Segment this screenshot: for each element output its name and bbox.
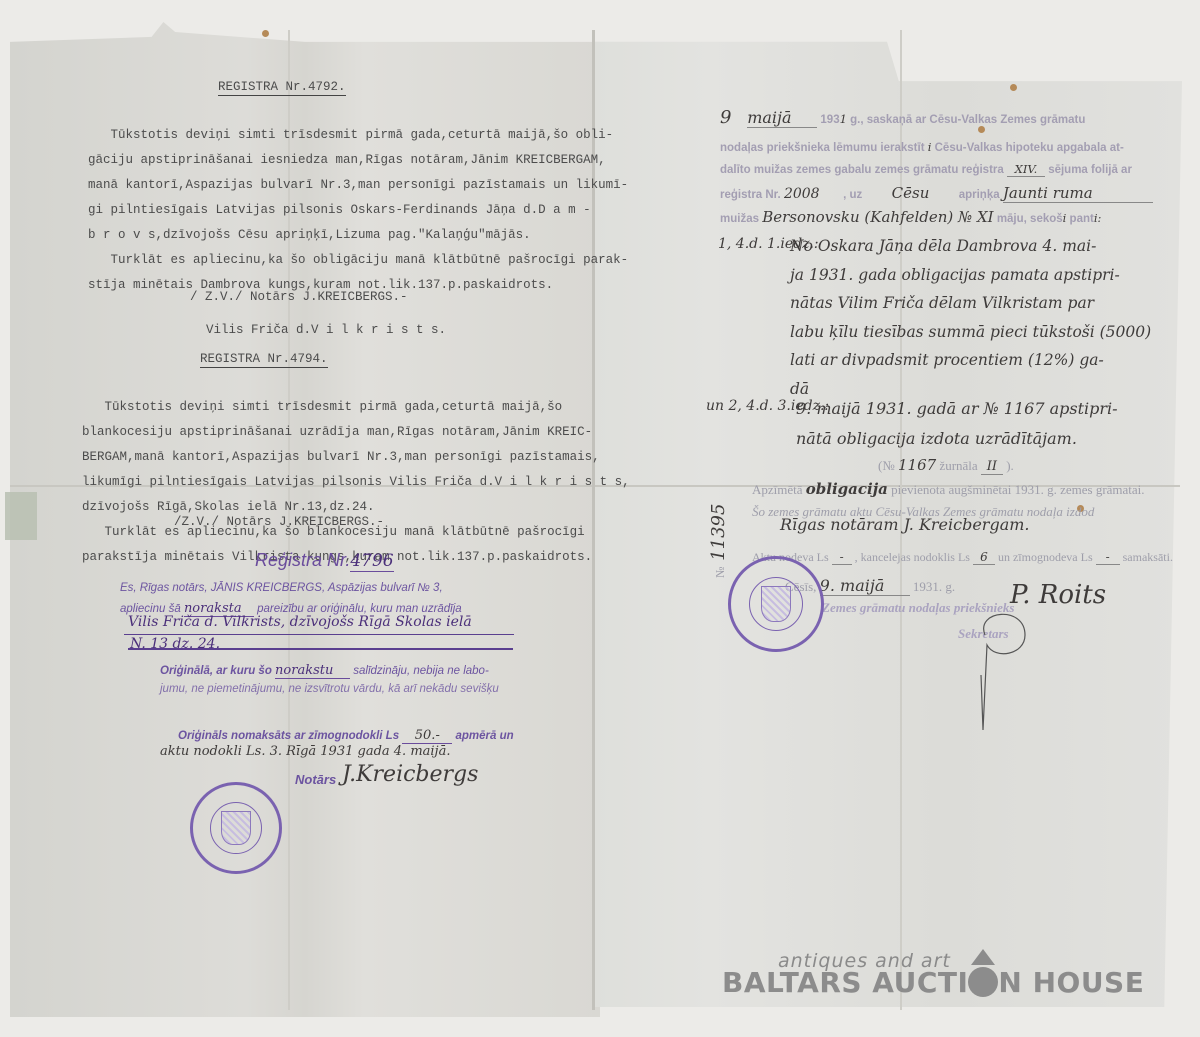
fees-line: Aktu nodeva Ls - , kancelejas nodoklis L… — [752, 550, 1173, 565]
entry-header-line2: nodaļas priekšnieka lēmumu ierakstīt i C… — [720, 140, 1124, 154]
register-4792-heading: REGISTRA Nr.4792. — [218, 80, 346, 96]
register-4796-hand-line3: Vilis Friča d. Vilkrists, dzīvojošs Rīgā… — [128, 614, 472, 630]
signatory-name: Vilis Friča d.V i l k r i s t s. — [206, 318, 446, 343]
stain — [1010, 84, 1017, 91]
riga-notary-stamp — [190, 782, 282, 874]
entry-2-text: 9. maijā 1931. gadā ar № 1167 apstipri- … — [796, 394, 1118, 454]
register-4794-heading: REGISTRA Nr.4794. — [200, 352, 328, 368]
cesu-valkas-land-registry-stamp — [728, 556, 824, 652]
journal-reference: (№ 1167 žurnāla II ). — [878, 456, 1014, 475]
stain — [262, 30, 269, 37]
register-4796-line1: Es, Rīgas notārs, JĀNIS KREICBERGS, Aspā… — [120, 582, 443, 594]
register-4796-hand-line8: aktu nodokli Ls. 3. Rīgā 1931 gada 4. ma… — [160, 744, 450, 759]
secretary-signature — [955, 605, 1035, 735]
form-underline-bold — [128, 648, 513, 650]
watermark-title: BALTARS AUCTIN HOUSE — [722, 966, 1144, 999]
register-4796-line5: Oriģinālā, ar kuru šo norakstu salīdzinā… — [160, 663, 489, 679]
register-4796-heading: Reģistra Nr.4796 — [255, 550, 394, 571]
notary-signature: J.Kreicbergs — [342, 762, 478, 787]
coat-of-arms-icon — [761, 586, 792, 622]
register-4794-body: Tūkstotis deviņi simti trīsdesmit pirmā … — [82, 370, 630, 570]
entry-header-line3: dalīto muižas zemes gabalu zemes grāmatu… — [720, 162, 1132, 177]
latvia-coat-of-arms-icon — [221, 811, 250, 845]
issuance-recipient: Rīgas notāram J. Kreicbergam. — [780, 515, 1029, 534]
register-4794-signature: /Z.V./ Notārs J.KREICBERGS.- — [174, 510, 384, 535]
entry-header-line4: reģistra Nr. 2008 , uz Cēsu apriņķa Jaun… — [720, 184, 1153, 203]
paper-tape — [5, 492, 37, 540]
form-underline — [124, 634, 514, 635]
register-4792-signature: / Z.V./ Notārs J.KREICBERGS.- — [190, 285, 408, 310]
entry-1-text: No Oskara Jāņa dēla Dambrova 4. mai- ja … — [790, 232, 1151, 403]
auction-house-watermark: antiques and art BALTARS AUCTIN HOUSE — [722, 950, 1144, 999]
entry-header-line5: muižas Bersonovsku (Kahfelden) № XI māju… — [720, 208, 1101, 226]
side-number: № 11395 — [708, 504, 729, 578]
crown-ball-icon — [968, 967, 998, 997]
notary-label: Notārs — [295, 772, 336, 787]
acceptance-line: Apzīmētā obligacija pievienota augšminēt… — [752, 480, 1145, 498]
register-4796-line6: jumu, ne piemetinājumu, ne izsvītrotu vā… — [160, 683, 499, 695]
register-4796-line7: Oriģināls nomaksāts ar zīmognodokli Ls 5… — [178, 728, 514, 744]
register-4792-body: Tūkstotis deviņi simti trīsdesmit pirmā … — [88, 98, 628, 298]
entry-header-line1: 9 maijā 1931 g., saskaņā ar Cēsu-Valkas … — [720, 107, 1085, 128]
